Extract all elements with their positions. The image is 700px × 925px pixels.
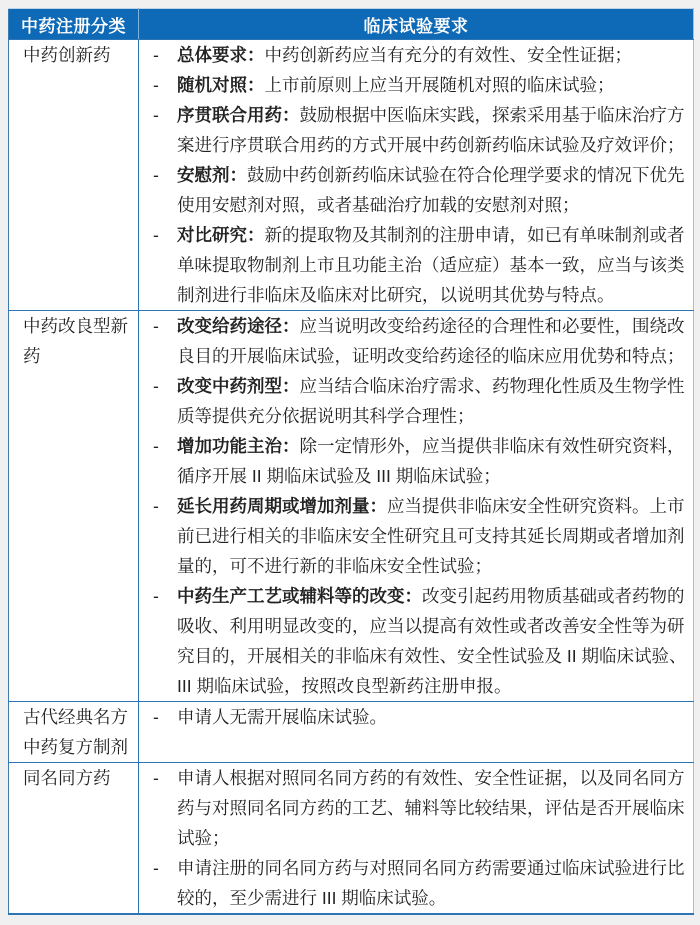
category-cell: 古代经典名方中药复方制剂: [9, 702, 139, 763]
category-cell: 同名同方药: [9, 763, 139, 915]
bullet-dash: -: [145, 491, 177, 521]
requirement-text: 总体要求：中药创新药应当有充分的有效性、安全性证据；: [177, 40, 687, 70]
requirement-term: 随机对照：: [177, 75, 265, 95]
requirement-item: - 申请人无需开展临床试验。: [145, 702, 687, 732]
category-cell: 中药创新药: [9, 40, 139, 311]
requirement-item: - 改变中药剂型：应当结合临床治疗需求、药物理化性质及生物学性质等提供充分依据说…: [145, 371, 687, 431]
requirement-term: 改变中药剂型：: [177, 376, 300, 396]
requirements-cell: - 改变给药途径：应当说明改变给药途径的合理性和必要性，围绕改良目的开展临床试验…: [139, 311, 694, 702]
requirement-text: 申请注册的同名同方药与对照同名同方药需要通过临床试验进行比较的，至少需进行 II…: [177, 853, 687, 913]
requirement-text: 改变给药途径：应当说明改变给药途径的合理性和必要性，围绕改良目的开展临床试验，证…: [177, 311, 687, 371]
requirement-item: - 申请人根据对照同名同方药的有效性、安全性证据，以及同名同方药与对照同名同方药…: [145, 763, 687, 853]
requirement-term: 安慰剂：: [177, 165, 247, 185]
header-cell-category: 中药注册分类: [9, 9, 139, 40]
requirements-cell: - 总体要求：中药创新药应当有充分的有效性、安全性证据； - 随机对照：上市前原…: [139, 40, 694, 311]
requirement-item: - 总体要求：中药创新药应当有充分的有效性、安全性证据；: [145, 40, 687, 70]
requirement-text: 延长用药周期或增加剂量：应当提供非临床安全性研究资料。上市前已进行相关的非临床安…: [177, 491, 687, 581]
requirement-term: 延长用药周期或增加剂量：: [177, 496, 387, 516]
requirement-item: - 延长用药周期或增加剂量：应当提供非临床安全性研究资料。上市前已进行相关的非临…: [145, 491, 687, 581]
table-row-improved: 中药改良型新药 - 改变给药途径：应当说明改变给药途径的合理性和必要性，围绕改良…: [9, 311, 694, 702]
table-row-classic-formula: 古代经典名方中药复方制剂 - 申请人无需开展临床试验。: [9, 702, 694, 763]
requirement-term: 对比研究：: [177, 225, 265, 245]
bullet-dash: -: [145, 853, 177, 883]
bullet-dash: -: [145, 702, 177, 732]
requirement-text: 改变中药剂型：应当结合临床治疗需求、药物理化性质及生物学性质等提供充分依据说明其…: [177, 371, 687, 431]
table-row-innovative: 中药创新药 - 总体要求：中药创新药应当有充分的有效性、安全性证据； - 随机对…: [9, 40, 694, 311]
requirement-item: - 中药生产工艺或辅料等的改变：改变引起药用物质基础或者药物的吸收、利用明显改变…: [145, 581, 687, 701]
requirement-text: 中药生产工艺或辅料等的改变：改变引起药用物质基础或者药物的吸收、利用明显改变的，…: [177, 581, 687, 701]
requirement-text: 增加功能主治：除一定情形外，应当提供非临床有效性研究资料，循序开展 II 期临床…: [177, 431, 687, 491]
requirement-body: 申请人无需开展临床试验。: [177, 707, 387, 727]
bullet-dash: -: [145, 431, 177, 461]
bullet-dash: -: [145, 371, 177, 401]
bullet-dash: -: [145, 581, 177, 611]
table-header-row: 中药注册分类 临床试验要求: [9, 9, 694, 40]
requirement-term: 序贯联合用药：: [177, 105, 300, 125]
requirement-term: 改变给药途径：: [177, 316, 300, 336]
requirement-text: 对比研究：新的提取物及其制剂的注册申请，如已有单味制剂或者单味提取物制剂上市且功…: [177, 220, 687, 310]
requirement-item: - 申请注册的同名同方药与对照同名同方药需要通过临床试验进行比较的，至少需进行 …: [145, 853, 687, 913]
requirement-text: 申请人根据对照同名同方药的有效性、安全性证据，以及同名同方药与对照同名同方药的工…: [177, 763, 687, 853]
bullet-dash: -: [145, 40, 177, 70]
requirement-body: 申请人根据对照同名同方药的有效性、安全性证据，以及同名同方药与对照同名同方药的工…: [177, 768, 685, 848]
requirement-item: - 增加功能主治：除一定情形外，应当提供非临床有效性研究资料，循序开展 II 期…: [145, 431, 687, 491]
requirement-text: 序贯联合用药：鼓励根据中医临床实践，探索采用基于临床治疗方案进行序贯联合用药的方…: [177, 100, 687, 160]
category-cell: 中药改良型新药: [9, 311, 139, 702]
table-row-same-name-same-formula: 同名同方药 - 申请人根据对照同名同方药的有效性、安全性证据，以及同名同方药与对…: [9, 763, 694, 915]
bullet-dash: -: [145, 100, 177, 130]
requirements-cell: - 申请人根据对照同名同方药的有效性、安全性证据，以及同名同方药与对照同名同方药…: [139, 763, 694, 915]
requirement-text: 申请人无需开展临床试验。: [177, 702, 687, 732]
bullet-dash: -: [145, 220, 177, 250]
requirement-item: - 序贯联合用药：鼓励根据中医临床实践，探索采用基于临床治疗方案进行序贯联合用药…: [145, 100, 687, 160]
bullet-dash: -: [145, 70, 177, 100]
requirement-body: 申请注册的同名同方药与对照同名同方药需要通过临床试验进行比较的，至少需进行 II…: [177, 858, 685, 908]
header-cell-requirements: 临床试验要求: [139, 9, 694, 40]
requirement-item: - 安慰剂：鼓励中药创新药临床试验在符合伦理学要求的情况下优先使用安慰剂对照，或…: [145, 160, 687, 220]
requirement-item: - 改变给药途径：应当说明改变给药途径的合理性和必要性，围绕改良目的开展临床试验…: [145, 311, 687, 371]
requirement-item: - 随机对照：上市前原则上应当开展随机对照的临床试验；: [145, 70, 687, 100]
requirement-text: 随机对照：上市前原则上应当开展随机对照的临床试验；: [177, 70, 687, 100]
bullet-dash: -: [145, 311, 177, 341]
bullet-dash: -: [145, 763, 177, 793]
requirement-term: 中药生产工艺或辅料等的改变：: [177, 586, 422, 606]
requirement-item: - 对比研究：新的提取物及其制剂的注册申请，如已有单味制剂或者单味提取物制剂上市…: [145, 220, 687, 310]
page-background: 中药注册分类 临床试验要求 中药创新药 - 总体要求：中药创新药应当有充分的有效…: [0, 0, 700, 925]
requirement-body: 鼓励中药创新药临床试验在符合伦理学要求的情况下优先使用安慰剂对照，或者基础治疗加…: [177, 165, 685, 215]
bullet-dash: -: [145, 160, 177, 190]
requirements-cell: - 申请人无需开展临床试验。: [139, 702, 694, 763]
requirement-body: 中药创新药应当有充分的有效性、安全性证据；: [265, 45, 633, 65]
requirement-body: 上市前原则上应当开展随机对照的临床试验；: [265, 75, 615, 95]
requirement-term: 增加功能主治：: [177, 436, 300, 456]
requirement-term: 总体要求：: [177, 45, 265, 65]
tcm-registration-table: 中药注册分类 临床试验要求 中药创新药 - 总体要求：中药创新药应当有充分的有效…: [8, 8, 694, 915]
requirement-text: 安慰剂：鼓励中药创新药临床试验在符合伦理学要求的情况下优先使用安慰剂对照，或者基…: [177, 160, 687, 220]
